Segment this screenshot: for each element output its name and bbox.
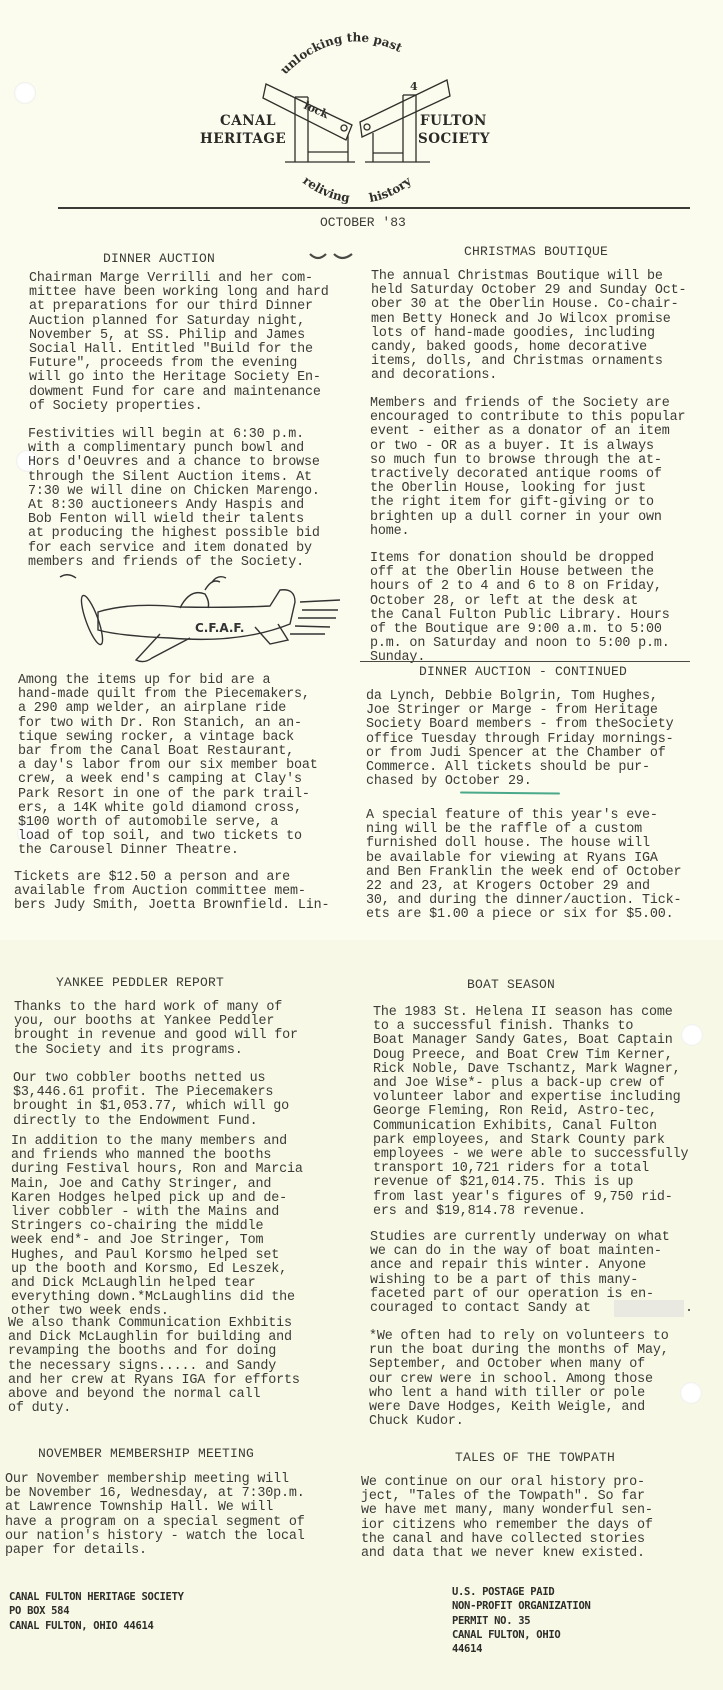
name-society: SOCIETY	[418, 131, 490, 147]
november-meeting-p1: Our November membership meeting will be …	[5, 1473, 355, 1558]
issue-date: OCTOBER '83	[320, 215, 406, 230]
dinner-auction-continued-p1: da Lynch, Debbie Bolgrin, Tom Hughes, Jo…	[366, 690, 721, 789]
heading-dinner-auction-continued: DINNER AUCTION - CONTINUED	[419, 664, 627, 679]
name-heritage: HERITAGE	[200, 131, 286, 147]
christmas-boutique-p2: Members and friends of the Society are e…	[370, 397, 720, 539]
tales-towpath-p1: We continue on our oral history pro- jec…	[361, 1476, 721, 1561]
motto-bottom-right: history	[368, 173, 415, 205]
paper-clip-mark	[308, 250, 356, 264]
dinner-auction-continued-p2: A special feature of this year's eve- ni…	[366, 809, 721, 923]
lock-label-left: lock	[302, 99, 331, 122]
yankee-peddler-p2: Our two cobbler booths netted us $3,446.…	[13, 1072, 358, 1129]
dinner-auction-p3: Among the items up for bid are a hand-ma…	[18, 674, 363, 859]
motto-bottom-left: reliving	[300, 173, 351, 205]
motto-top: unlocking the past	[278, 30, 405, 77]
section-divider	[360, 661, 690, 662]
pen-underline-mark	[460, 791, 560, 794]
lock-label-right: 4	[410, 80, 418, 93]
yankee-peddler-p1: Thanks to the hard work of many of you, …	[14, 1001, 359, 1058]
boat-season-p3: *We often had to rely on volunteers to r…	[369, 1330, 721, 1429]
yankee-peddler-p4: We also thank Communication Exhbitis and…	[8, 1317, 353, 1416]
christmas-boutique-p3: Items for donation should be dropped off…	[370, 552, 720, 666]
postage-indicia: U.S. POSTAGE PAID NON-PROFIT ORGANIZATIO…	[452, 1585, 682, 1656]
boat-season-contact-punct: .	[685, 1302, 693, 1316]
christmas-boutique-p1: The annual Christmas Boutique will be he…	[371, 270, 721, 384]
masthead-rule	[58, 207, 690, 209]
heading-november-meeting: NOVEMBER MEMBERSHIP MEETING	[38, 1446, 254, 1461]
heading-dinner-auction: DINNER AUCTION	[103, 251, 215, 266]
newsletter-page: unlocking the past reliving history loc	[0, 0, 723, 1690]
name-fulton: FULTON	[420, 113, 487, 129]
dinner-auction-p1: Chairman Marge Verrilli and her com- mit…	[29, 272, 359, 414]
heading-boat-season: BOAT SEASON	[467, 977, 555, 992]
boat-season-p1: The 1983 St. Helena II season has come t…	[373, 1006, 723, 1219]
heading-yankee-peddler: YANKEE PEDDLER REPORT	[56, 975, 224, 990]
yankee-peddler-p3: In addition to the many members and and …	[11, 1135, 356, 1320]
name-canal: CANAL	[220, 113, 276, 129]
airplane-illustration: C.F.A.F.	[40, 572, 340, 672]
redacted-phone-number	[614, 1300, 684, 1317]
masthead-logo: unlocking the past reliving history loc	[190, 0, 530, 230]
heading-christmas-boutique: CHRISTMAS BOUTIQUE	[464, 244, 608, 259]
return-address: CANAL FULTON HERITAGE SOCIETY PO BOX 584…	[9, 1590, 309, 1633]
heading-tales-towpath: TALES OF THE TOWPATH	[455, 1450, 615, 1465]
dinner-auction-p2: Festivities will begin at 6:30 p.m. with…	[28, 428, 358, 570]
punch-hole	[14, 82, 36, 104]
dinner-auction-p4: Tickets are $12.50 a person and are avai…	[14, 871, 359, 914]
plane-label: C.F.A.F.	[195, 621, 244, 635]
